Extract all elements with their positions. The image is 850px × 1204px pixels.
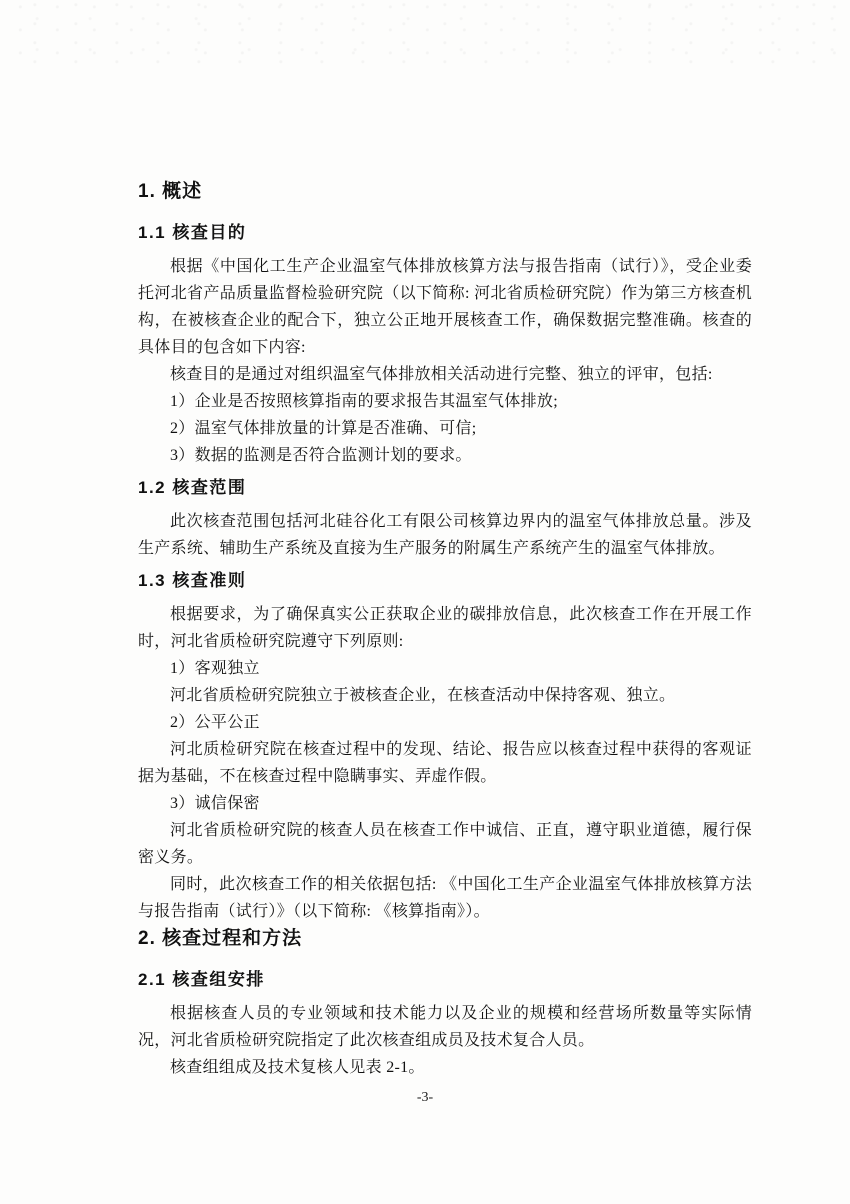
verification-basis-paragraph: 同时，此次核查工作的相关依据包括: 《中国化工生产企业温室气体排放核算方法与报告… — [138, 871, 752, 925]
purpose-intro-paragraph: 根据《中国化工生产企业温室气体排放核算方法与报告指南（试行）》，受企业委托河北省… — [138, 253, 752, 361]
purpose-review-lead: 核查目的是通过对组织温室气体排放相关活动进行完整、独立的评审，包括: — [138, 361, 752, 388]
scope-paragraph: 此次核查范围包括河北硅谷化工有限公司核算边界内的温室气体排放总量。涉及生产系统、… — [138, 508, 752, 562]
purpose-item-3: 3）数据的监测是否符合监测计划的要求。 — [138, 442, 752, 469]
section-1-2-heading: 1.2 核查范围 — [138, 475, 752, 501]
principle-2-text: 河北质检研究院在核查过程中的发现、结论、报告应以核查过程中获得的客观证据为基础，… — [138, 736, 752, 790]
principle-2-title: 2）公平公正 — [138, 709, 752, 736]
purpose-item-1: 1）企业是否按照核算指南的要求报告其温室气体排放; — [138, 388, 752, 415]
scan-noise-artifact — [0, 0, 850, 70]
principle-1-text: 河北省质检研究院独立于被核查企业，在核查活动中保持客观、独立。 — [138, 682, 752, 709]
document-page: 1. 概述 1.1 核查目的 根据《中国化工生产企业温室气体排放核算方法与报告指… — [0, 0, 850, 1204]
principle-3-title: 3）诚信保密 — [138, 790, 752, 817]
section-1-heading: 1. 概述 — [138, 178, 752, 206]
purpose-item-2: 2）温室气体排放量的计算是否准确、可信; — [138, 415, 752, 442]
team-table-reference: 核查组组成及技术复核人见表 2-1。 — [138, 1054, 752, 1081]
principle-3-text: 河北省质检研究院的核查人员在核查工作中诚信、正直，遵守职业道德，履行保密义务。 — [138, 817, 752, 871]
criteria-intro-paragraph: 根据要求，为了确保真实公正获取企业的碳排放信息，此次核查工作在开展工作时，河北省… — [138, 601, 752, 655]
section-2-1-heading: 2.1 核查组安排 — [138, 967, 752, 993]
section-2-heading: 2. 核查过程和方法 — [138, 925, 752, 953]
principle-1-title: 1）客观独立 — [138, 655, 752, 682]
page-number: -3- — [0, 1088, 850, 1108]
section-1-1-heading: 1.1 核查目的 — [138, 220, 752, 246]
section-1-3-heading: 1.3 核查准则 — [138, 568, 752, 594]
team-intro-paragraph: 根据核查人员的专业领域和技术能力以及企业的规模和经营场所数量等实际情况，河北省质… — [138, 1000, 752, 1054]
